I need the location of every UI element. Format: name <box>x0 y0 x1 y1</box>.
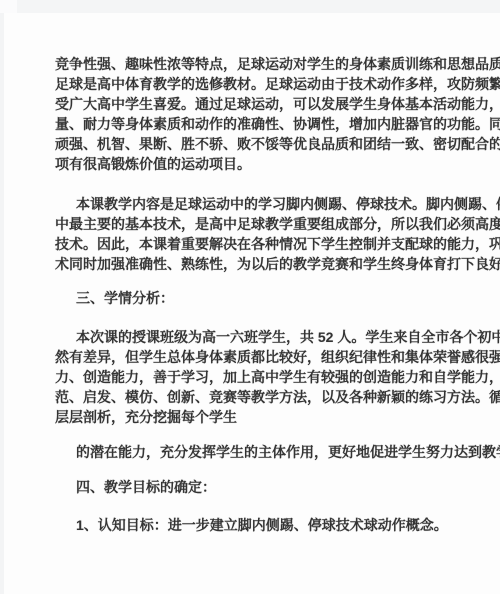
text-line: 顽强、机智、果断、胜不骄、败不馁等优良品质和团结一致、密切配合的集体主义精神。是… <box>55 134 479 154</box>
page-top-left-corner <box>0 0 17 13</box>
page-left-edge <box>0 13 4 594</box>
text-line: 力、创造能力，善于学习，加上高中学生有较强的创造能力和自学能力，本课采用了讲解、… <box>55 367 479 387</box>
text-line: 术同时加强准确性、熟练性，为以后的教学竞赛和学生终身体育打下良好基础。 <box>55 254 479 274</box>
text-line: 层层剖析，充分挖掘每个学生 <box>55 407 479 427</box>
text-line: 范、启发、模仿、创新、竞赛等教学方法，以及各种新颖的练习方法。循序渐进、层层深入… <box>55 387 479 407</box>
text-line: 受广大高中学生喜爱。通过足球运动，可以发展学生身体基本活动能力，提高灵敏、速度、… <box>55 94 479 114</box>
top-gray-strip <box>0 0 500 13</box>
text-line: 然有差异，但学生总体身体素质都比较好，组织纪律性和集体荣誉感很强，有比较强的思维… <box>55 347 479 367</box>
text-line: 量、耐力等身体素质和动作的准确性、协调性，增加内脏器官的功能。同时还能培养学生勇… <box>55 114 479 134</box>
teaching-content-paragraph: 本课教学内容是足球运动中的学习脚内侧踢、停球技术。脚内侧踢、停球技术是足球运动 … <box>55 194 479 274</box>
text-line: 项有很高锻炼价值的运动项目。 <box>55 154 479 174</box>
text-line: 中最主要的基本技术，是高中足球教学重要组成部分，所以我们必须高度重视学习和掌握这… <box>55 214 479 234</box>
intro-paragraph: 竞争性强、趣味性浓等特点，足球运动对学生的身体素质训练和思想品质教育具有重要的作… <box>55 54 479 174</box>
section-heading-xueqing-fenxi: 三、学情分析： <box>55 288 479 308</box>
potential-paragraph: 的潜在能力，充分发挥学生的主体作用，更好地促进学生努力达到教学目标。 <box>55 442 479 462</box>
text-line: 足球是高中体育教学的选修教材。足球运动由于技术动作多样，攻防频繁，使之富有吸引力… <box>55 74 479 94</box>
document-page: 竞争性强、趣味性浓等特点，足球运动对学生的身体素质训练和思想品质教育具有重要的作… <box>55 54 479 535</box>
section-heading-jiaoxue-mubiao: 四、教学目标的确定： <box>55 477 479 497</box>
text-line: 技术。因此，本课着重要解决在各种情况下学生控制并支配球的能力，巩固脚内侧踢、停球… <box>55 234 479 254</box>
text-line: 竞争性强、趣味性浓等特点，足球运动对学生的身体素质训练和思想品质教育具有重要的作… <box>55 54 479 74</box>
text-line: 本课教学内容是足球运动中的学习脚内侧踢、停球技术。脚内侧踢、停球技术是足球运动 <box>55 194 479 214</box>
text-line: 的潜在能力，充分发挥学生的主体作用，更好地促进学生努力达到教学目标。 <box>55 442 479 462</box>
objective-item-1: 1、认知目标：进一步建立脚内侧踢、停球技术球动作概念。 <box>55 515 479 535</box>
class-analysis-paragraph: 本次课的授课班级为高一六班学生，共 52 人。学生来自全市各个初中，体育的运动技… <box>55 327 479 427</box>
text-line: 本次课的授课班级为高一六班学生，共 52 人。学生来自全市各个初中，体育的运动技… <box>55 327 479 347</box>
